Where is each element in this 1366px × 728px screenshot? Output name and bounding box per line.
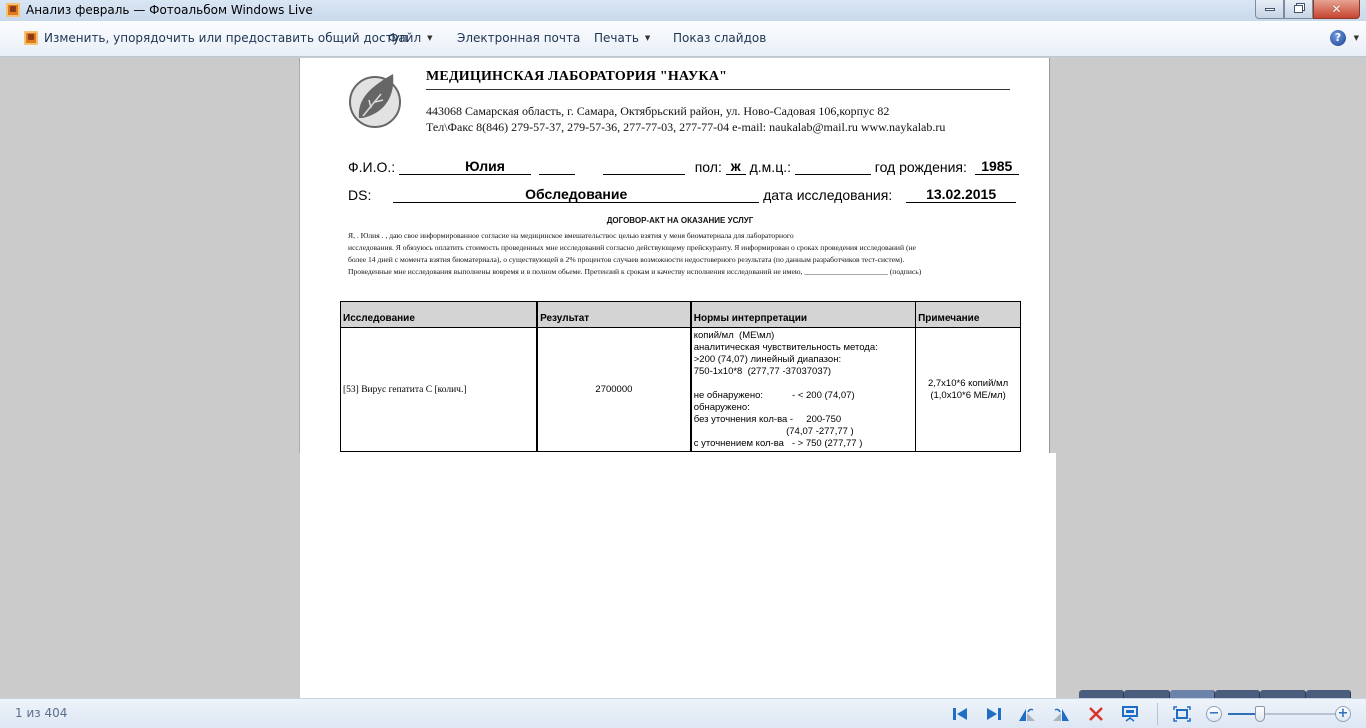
restore-icon bbox=[1294, 5, 1303, 13]
photo-gallery-icon bbox=[24, 31, 38, 45]
study-date-label: дата исследования: bbox=[763, 187, 892, 203]
zoom-slider-thumb[interactable] bbox=[1255, 706, 1265, 722]
chevron-down-icon: ▼ bbox=[427, 34, 432, 42]
previous-button[interactable] bbox=[951, 705, 969, 723]
window-title: Анализ февраль — Фотоальбом Windows Live bbox=[26, 3, 313, 17]
norm-line: 750-1х10*8 (277,77 -37037037) bbox=[694, 366, 913, 378]
sex-label: пол: bbox=[695, 159, 722, 175]
delete-button[interactable] bbox=[1087, 705, 1105, 723]
dmc-blank bbox=[795, 159, 871, 175]
thumbnail-strip[interactable] bbox=[1079, 690, 1351, 698]
contract-line: Проведенные мне исследования выполнены в… bbox=[348, 266, 1020, 278]
zoom-in-button[interactable]: + bbox=[1335, 706, 1351, 722]
document-image-blank-area bbox=[300, 453, 1056, 698]
close-icon: ✕ bbox=[1331, 3, 1341, 15]
norm-line bbox=[694, 378, 913, 390]
rotate-counterclockwise-icon bbox=[1018, 706, 1036, 722]
document-image: МЕДИЦИНСКАЯ ЛАБОРАТОРИЯ "НАУКА" 443068 С… bbox=[300, 58, 1049, 453]
thumbnail[interactable] bbox=[1306, 690, 1351, 698]
thumbnail[interactable] bbox=[1170, 690, 1215, 698]
diagnosis-row: DS: Обследование дата исследования: 13.0… bbox=[348, 187, 1016, 203]
norm-line: (74,07 -277,77 ) bbox=[694, 426, 913, 438]
thumbnail[interactable] bbox=[1124, 690, 1169, 698]
next-button[interactable] bbox=[985, 705, 1003, 723]
minimize-button[interactable] bbox=[1255, 0, 1284, 19]
birth-year-value: 1985 bbox=[975, 159, 1019, 175]
zoom-out-icon: − bbox=[1209, 706, 1220, 721]
restore-button[interactable] bbox=[1284, 0, 1313, 19]
organize-share-button[interactable]: Изменить, упорядочить или предоставить о… bbox=[24, 31, 408, 45]
page-counter: 1 из 404 bbox=[15, 706, 67, 720]
fio-patronymic-blank bbox=[539, 159, 575, 175]
actual-size-button[interactable] bbox=[1173, 705, 1191, 723]
zoom-in-icon: + bbox=[1338, 706, 1349, 721]
rotate-right-button[interactable] bbox=[1052, 705, 1070, 723]
cell-study: [53] Вирус гепатита С [колич.] bbox=[341, 328, 538, 452]
photo-gallery-app-icon bbox=[6, 3, 20, 17]
rotate-left-button[interactable] bbox=[1018, 705, 1036, 723]
patient-row: Ф.И.О.: Юлия пол: ж д.м.ц.: год рождения… bbox=[348, 159, 1019, 175]
contract-line: более 14 дней с момента взятия биоматери… bbox=[348, 254, 1020, 266]
slideshow-label: Показ слайдов bbox=[673, 31, 766, 45]
header-study: Исследование bbox=[341, 302, 538, 328]
thumbnail[interactable] bbox=[1260, 690, 1305, 698]
minimize-icon bbox=[1265, 8, 1275, 11]
zoom-out-button[interactable]: − bbox=[1206, 706, 1222, 722]
leaf-logo-icon bbox=[347, 68, 403, 128]
contract-line: Я, . Юлия . , даю свое информированное с… bbox=[348, 230, 1020, 242]
sex-value: ж bbox=[726, 159, 746, 175]
rotate-clockwise-icon bbox=[1052, 706, 1070, 722]
thumbnail[interactable] bbox=[1215, 690, 1260, 698]
cell-norms: копий/мл (МЕ\мл) аналитическая чувствите… bbox=[691, 328, 916, 452]
note-line: (1,0х10*6 МЕ/мл) bbox=[916, 390, 1020, 402]
slideshow-button[interactable]: Показ слайдов bbox=[673, 31, 766, 45]
study-date-value: 13.02.2015 bbox=[906, 187, 1016, 203]
ds-value: Обследование bbox=[393, 187, 759, 203]
norm-line: копий/мл (МЕ\мл) bbox=[694, 330, 913, 342]
norm-line: >200 (74,07) линейный диапазон: bbox=[694, 354, 913, 366]
organize-share-label: Изменить, упорядочить или предоставить о… bbox=[44, 31, 408, 45]
norm-line: не обнаружено: - < 200 (74,07) bbox=[694, 390, 913, 402]
header-note: Примечание bbox=[916, 302, 1021, 328]
ds-label: DS: bbox=[348, 187, 371, 203]
contract-title: ДОГОВОР-АКТ НА ОКАЗАНИЕ УСЛУГ bbox=[300, 216, 1060, 225]
help-chevron-down-icon[interactable]: ▼ bbox=[1354, 34, 1359, 42]
norm-line: обнаружено: bbox=[694, 402, 913, 414]
delete-icon bbox=[1088, 706, 1104, 722]
email-label: Электронная почта bbox=[457, 31, 580, 45]
file-menu-label: Файл bbox=[388, 31, 421, 45]
header-result: Результат bbox=[537, 302, 691, 328]
next-icon bbox=[986, 707, 1002, 721]
thumbnail[interactable] bbox=[1079, 690, 1124, 698]
dmc-label: д.м.ц.: bbox=[750, 159, 791, 175]
command-bar: Изменить, упорядочить или предоставить о… bbox=[0, 21, 1366, 57]
fit-to-window-icon bbox=[1173, 706, 1191, 722]
slideshow-play-button[interactable] bbox=[1121, 705, 1139, 723]
title-bar: Анализ февраль — Фотоальбом Windows Live… bbox=[0, 0, 1366, 21]
slideshow-icon bbox=[1121, 706, 1139, 722]
chevron-down-icon: ▼ bbox=[645, 34, 650, 42]
lab-address: 443068 Самарская область, г. Самара, Окт… bbox=[426, 104, 889, 119]
print-menu-button[interactable]: Печать ▼ bbox=[594, 31, 650, 45]
status-bar: 1 из 404 − + bbox=[0, 698, 1366, 728]
table-row: [53] Вирус гепатита С [колич.] 2700000 к… bbox=[341, 328, 1021, 452]
header-norms: Нормы интерпретации bbox=[691, 302, 916, 328]
fio-label: Ф.И.О.: bbox=[348, 159, 395, 175]
print-menu-label: Печать bbox=[594, 31, 639, 45]
norm-line: аналитическая чувствительность метода: bbox=[694, 342, 913, 354]
header-divider bbox=[426, 89, 1010, 90]
photo-viewer: МЕДИЦИНСКАЯ ЛАБОРАТОРИЯ "НАУКА" 443068 С… bbox=[0, 58, 1366, 698]
birth-year-label: год рождения: bbox=[875, 159, 967, 175]
fio-extra-blank bbox=[603, 159, 685, 175]
contract-text: Я, . Юлия . , даю свое информированное с… bbox=[348, 230, 1020, 278]
lab-contacts: Тел\Факс 8(846) 279-57-37, 279-57-36, 27… bbox=[426, 120, 945, 135]
help-icon[interactable]: ? bbox=[1330, 30, 1346, 46]
norm-line: без уточнения кол-ва - 200-750 bbox=[694, 414, 913, 426]
table-header-row: Исследование Результат Нормы интерпретац… bbox=[341, 302, 1021, 328]
zoom-slider[interactable] bbox=[1228, 713, 1336, 715]
window-controls: ✕ bbox=[1255, 0, 1360, 19]
fio-first-name: Юлия bbox=[465, 158, 505, 174]
cell-result: 2700000 bbox=[537, 328, 691, 452]
results-table: Исследование Результат Нормы интерпретац… bbox=[340, 301, 1021, 452]
norm-line: с уточнением кол-ва - > 750 (277,77 ) bbox=[694, 438, 913, 450]
file-menu-button[interactable]: Файл ▼ bbox=[388, 31, 433, 45]
previous-icon bbox=[952, 707, 968, 721]
close-button[interactable]: ✕ bbox=[1313, 0, 1360, 19]
cell-note: 2,7х10*6 копий/мл (1,0х10*6 МЕ/мл) bbox=[916, 328, 1021, 452]
note-line: 2,7х10*6 копий/мл bbox=[916, 378, 1020, 390]
email-button[interactable]: Электронная почта bbox=[457, 31, 580, 45]
separator bbox=[1157, 703, 1158, 725]
lab-name: МЕДИЦИНСКАЯ ЛАБОРАТОРИЯ "НАУКА" bbox=[426, 69, 727, 85]
contract-line: исследования. Я обязуюсь оплатить стоимо… bbox=[348, 242, 1020, 254]
fio-value: Юлия bbox=[399, 159, 531, 175]
